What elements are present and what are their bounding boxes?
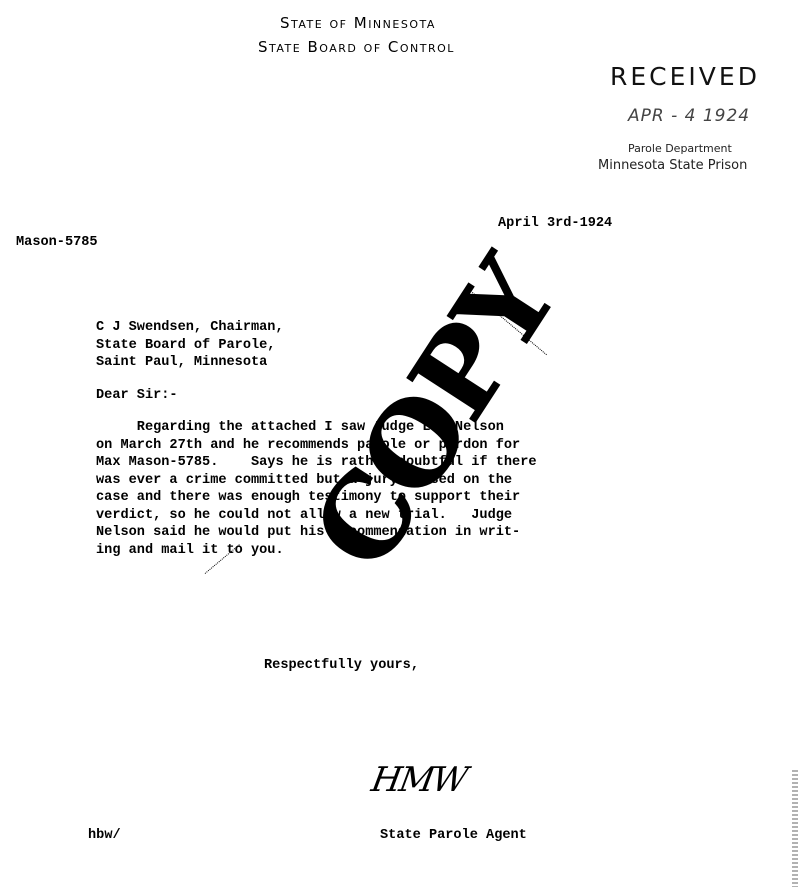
received-stamp-department: Parole Department xyxy=(628,142,732,155)
body-line: ing and mail it to you. xyxy=(96,542,537,560)
signer-title: State Parole Agent xyxy=(380,827,527,845)
letterhead-state: State of Minnesota xyxy=(280,14,436,32)
received-stamp: RECEIVED APR - 4 1924 Parole Department … xyxy=(596,62,786,182)
received-stamp-title: RECEIVED xyxy=(610,62,760,91)
recipient-city: Saint Paul, Minnesota xyxy=(96,354,284,372)
recipient-name: C J Swendsen, Chairman, xyxy=(96,319,284,337)
recipient-organization: State Board of Parole, xyxy=(96,337,284,355)
margin-scan-noise xyxy=(792,770,798,887)
received-stamp-institution: Minnesota State Prison xyxy=(598,158,747,173)
received-stamp-date: APR - 4 1924 xyxy=(628,106,750,126)
typist-initials: hbw/ xyxy=(88,827,121,845)
recipient-address: C J Swendsen, Chairman, State Board of P… xyxy=(96,319,284,372)
signature: HMW xyxy=(368,760,468,800)
case-reference: Mason-5785 xyxy=(16,234,98,252)
closing: Respectfully yours, xyxy=(264,657,419,675)
letter-date: April 3rd-1924 xyxy=(498,215,612,233)
salutation: Dear Sir:- xyxy=(96,387,178,405)
letterhead-board: State Board of Control xyxy=(258,38,455,56)
